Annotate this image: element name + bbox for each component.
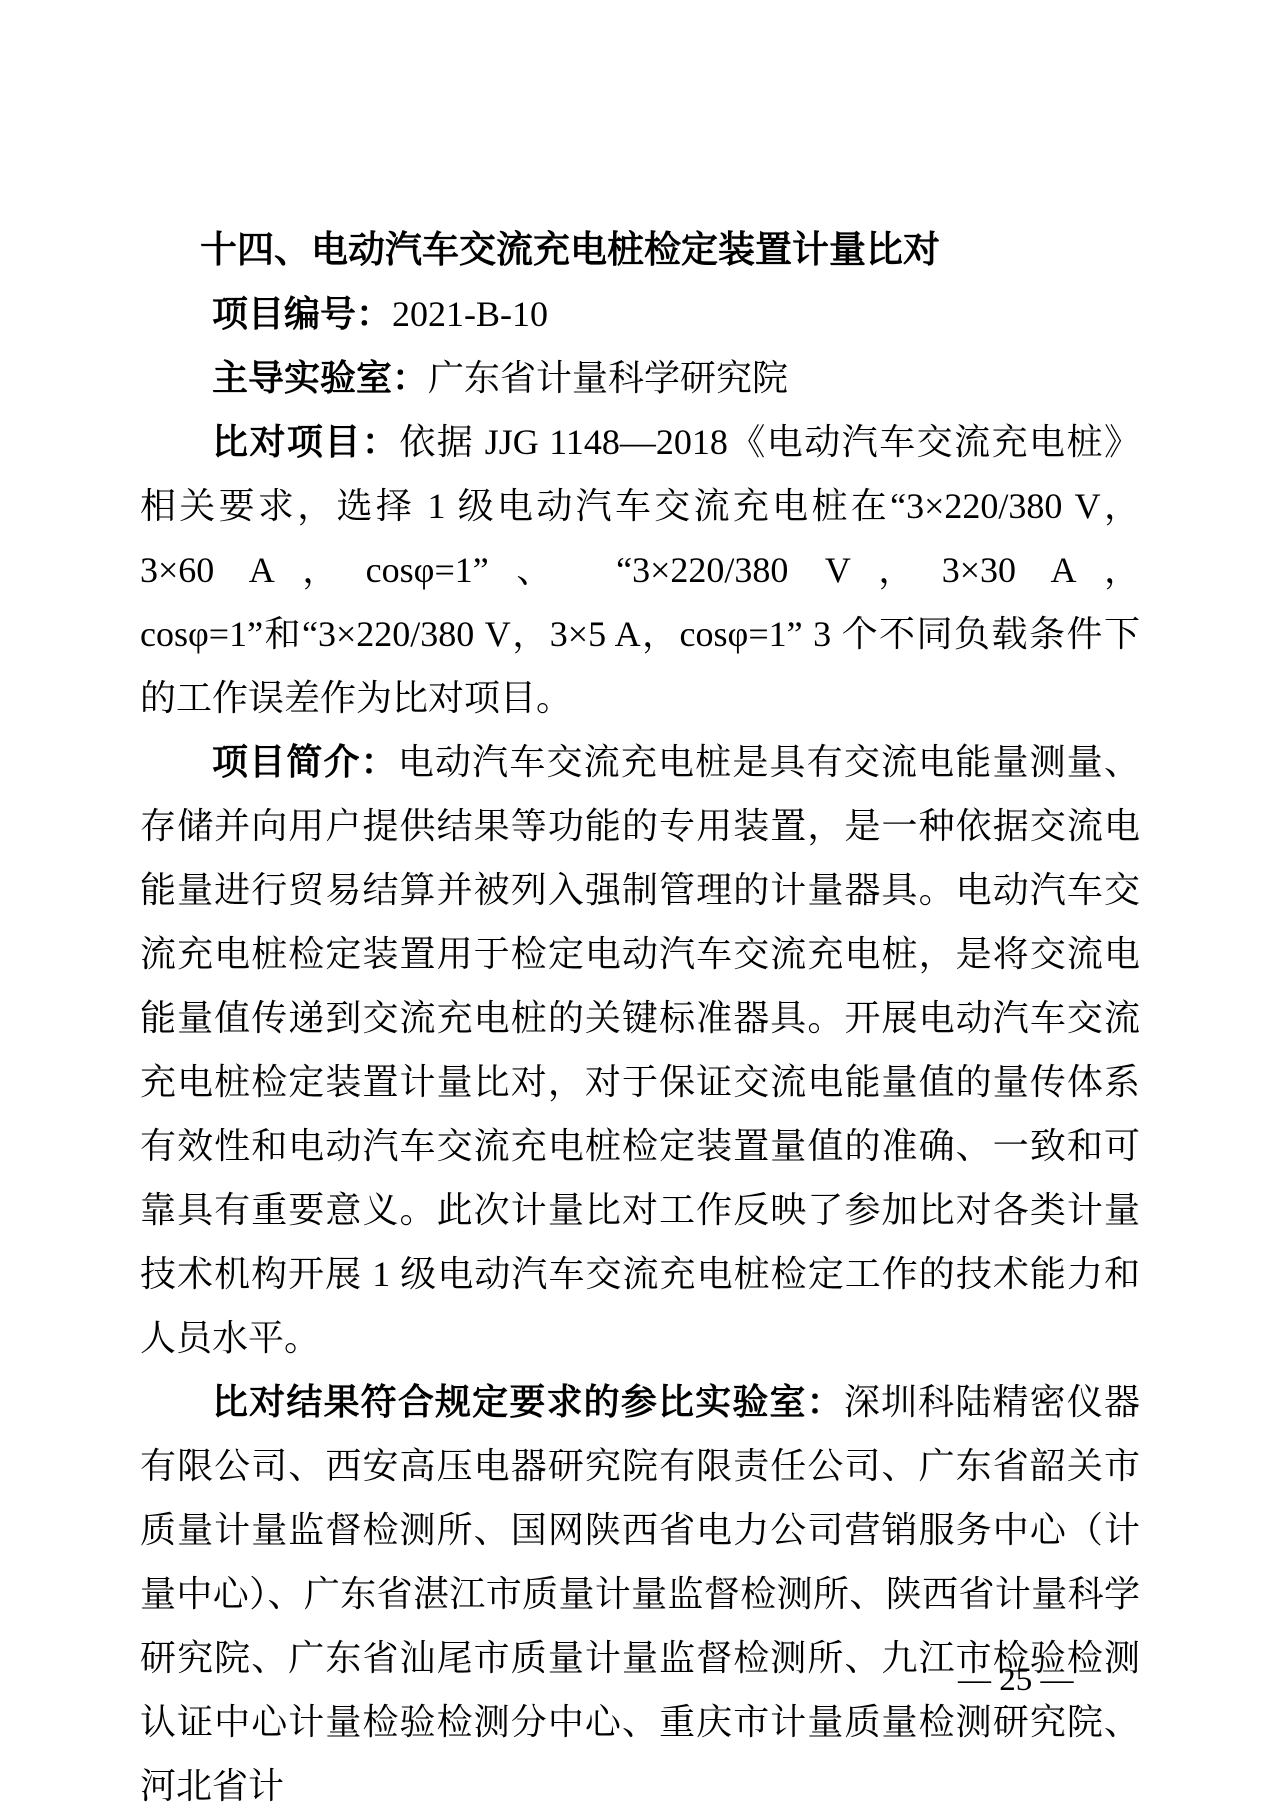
paragraph-text: 电动汽车交流充电桩是具有交流电能量测量、存储并向用户提供结果等功能的专用装置，是… (140, 742, 1140, 1358)
field-value: 2021-B-10 (392, 294, 548, 334)
page-number: — 25 — (958, 1660, 1074, 1700)
paragraph-comparison-items: 比对项目：依据 JJG 1148—2018《电动汽车交流充电桩》相关要求，选择 … (140, 410, 1140, 730)
document-body: 十四、电动汽车交流充电桩检定装置计量比对 项目编号：2021-B-10 主导实验… (140, 218, 1140, 1810)
paragraph-qualified-labs: 比对结果符合规定要求的参比实验室：深圳科陆精密仪器有限公司、西安高压电器研究院有… (140, 1370, 1140, 1810)
paragraph-label: 比对项目： (212, 421, 399, 462)
paragraph-label: 比对结果符合规定要求的参比实验室： (212, 1381, 844, 1422)
document-title: 十四、电动汽车交流充电桩检定装置计量比对 (140, 218, 1140, 282)
paragraph-text: 深圳科陆精密仪器有限公司、西安高压电器研究院有限责任公司、广东省韶关市质量计量监… (140, 1382, 1140, 1806)
document-page: 十四、电动汽车交流充电桩检定装置计量比对 项目编号：2021-B-10 主导实验… (0, 0, 1280, 1810)
field-label: 项目编号： (212, 293, 392, 334)
field-lead-laboratory: 主导实验室：广东省计量科学研究院 (140, 346, 1140, 410)
paragraph-text: 依据 JJG 1148—2018《电动汽车交流充电桩》相关要求，选择 1 级电动… (140, 422, 1140, 718)
paragraph-label: 项目简介： (212, 741, 398, 782)
paragraph-project-intro: 项目简介：电动汽车交流充电桩是具有交流电能量测量、存储并向用户提供结果等功能的专… (140, 730, 1140, 1370)
field-value: 广东省计量科学研究院 (428, 358, 788, 398)
field-label: 主导实验室： (212, 357, 428, 398)
field-project-number: 项目编号：2021-B-10 (140, 282, 1140, 346)
